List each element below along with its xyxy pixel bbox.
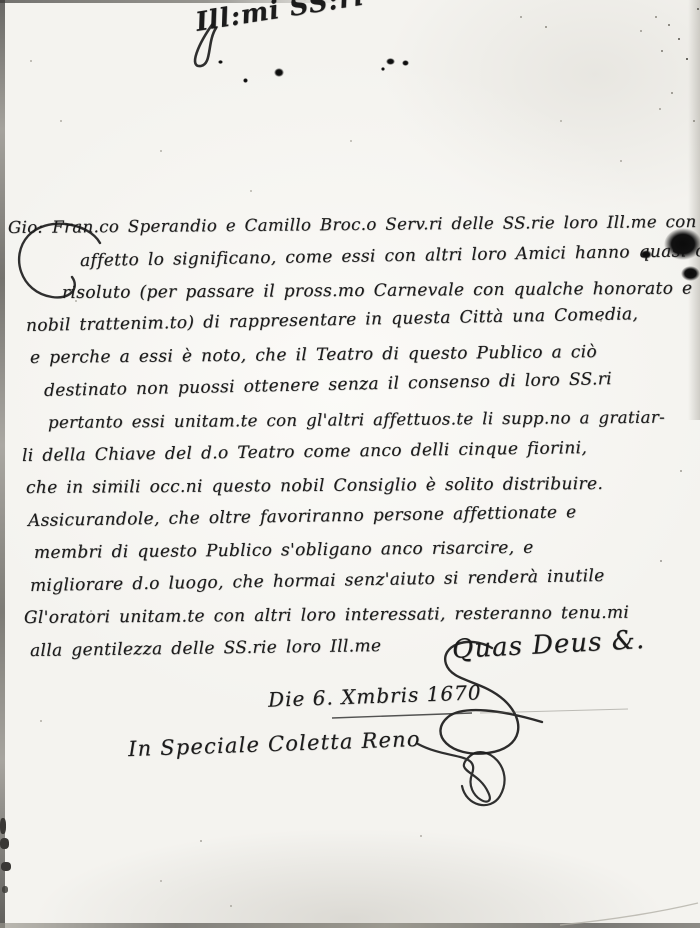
signature-line: In Speciale Coletta Reno (128, 727, 421, 761)
ink-blot (381, 67, 385, 71)
scan-edge-mark (0, 838, 9, 849)
ink-blot (681, 266, 700, 281)
scan-edge-mark (0, 818, 6, 834)
scan-edge-mark (2, 886, 8, 893)
ink-blot (386, 58, 395, 65)
manuscript-page: Ill:mi SS:ri Gio: Fran.co Sperandio e Ca… (0, 0, 700, 928)
letter-heading: Ill:mi SS:ri (194, 0, 367, 38)
ink-blot (640, 250, 652, 259)
ink-blot (274, 68, 284, 77)
letter-body: Gio: Fran.co Sperandio e Camillo Broc.o … (0, 212, 700, 667)
ink-blot (243, 78, 248, 83)
scan-edge-mark (1, 862, 11, 871)
ink-blot (402, 60, 409, 66)
date-underline (332, 713, 472, 718)
scan-edge-bottom (0, 923, 700, 928)
ink-blot (664, 228, 700, 260)
date-line: Die 6. Xmbris 1670 (268, 680, 482, 711)
date-underline-faint (480, 709, 628, 713)
paper-speckles (0, 0, 2, 2)
paper-crease (560, 903, 698, 925)
ink-blot (218, 60, 223, 64)
signature-paraph (418, 744, 505, 805)
